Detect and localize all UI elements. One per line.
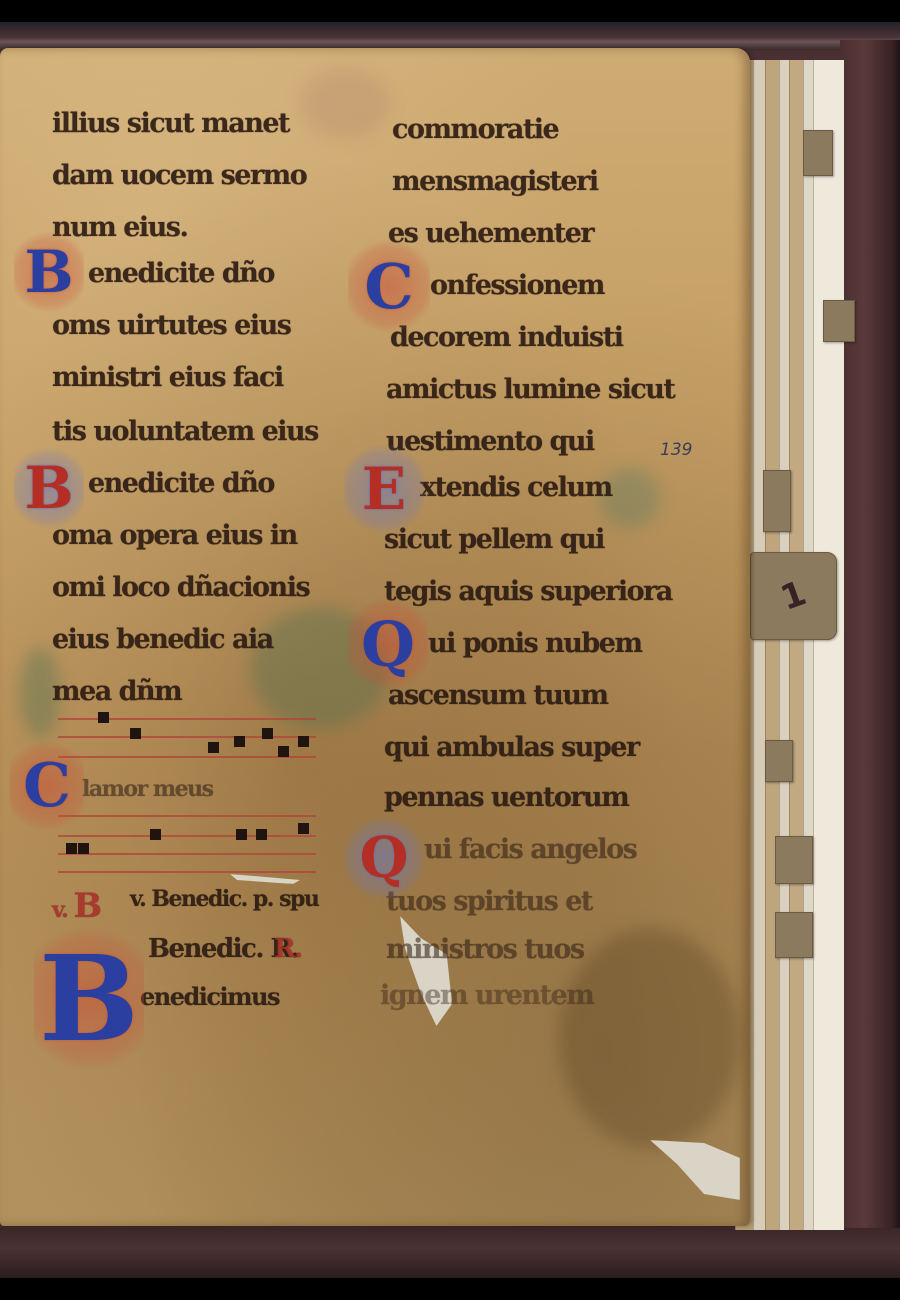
text-line: xtendis celum bbox=[420, 472, 612, 503]
initial-letter: Q bbox=[360, 825, 409, 891]
page-tab bbox=[763, 470, 791, 532]
text-line: lamor meus bbox=[82, 776, 212, 802]
text-line: oma opera eius in bbox=[52, 520, 297, 551]
binding-top-edge bbox=[0, 22, 900, 50]
text-line: ui ponis nubem bbox=[428, 628, 642, 659]
page-tab bbox=[823, 300, 855, 342]
text-line: dam uocem sermo bbox=[52, 160, 306, 191]
rubric-response: R. bbox=[274, 934, 302, 964]
parchment-page: illius sicut manet dam uocem sermo num e… bbox=[0, 48, 750, 1226]
binding-right-board bbox=[840, 40, 900, 1260]
folio-number: 139 bbox=[660, 440, 692, 460]
illuminated-initial: Q bbox=[348, 596, 428, 692]
text-line: mensmagisteri bbox=[392, 166, 598, 197]
music-staff bbox=[58, 813, 316, 873]
text-line: onfessionem bbox=[430, 270, 604, 301]
page-tab bbox=[775, 836, 813, 884]
text-line: amictus lumine sicut bbox=[386, 374, 674, 405]
page-tab bbox=[803, 130, 833, 176]
text-line: commoratie bbox=[392, 114, 558, 145]
music-staff bbox=[58, 716, 316, 766]
tab-number-mark: 1 bbox=[739, 541, 848, 651]
initial-letter: E bbox=[362, 455, 406, 523]
initial-letter: B bbox=[39, 929, 139, 1068]
text-line: illius sicut manet bbox=[52, 108, 289, 139]
illuminated-initial: C bbox=[10, 738, 84, 834]
illuminated-initial-large: B bbox=[34, 918, 144, 1078]
illuminated-initial: C bbox=[348, 238, 430, 334]
text-line: eius benedic aia bbox=[52, 624, 273, 655]
illuminated-initial: B bbox=[14, 230, 84, 314]
text-line: ministri eius faci bbox=[52, 362, 283, 393]
text-line: qui ambulas super bbox=[384, 732, 639, 763]
text-line: enedicite dño bbox=[88, 468, 274, 499]
text-line: enedicimus bbox=[140, 982, 279, 1011]
parchment-tear bbox=[650, 1140, 740, 1200]
initial-letter: C bbox=[23, 751, 71, 821]
illuminated-initial: E bbox=[344, 444, 424, 534]
text-line: tis uoluntatem eius bbox=[52, 416, 318, 447]
binding-bottom-edge bbox=[0, 1228, 900, 1278]
background-strip bbox=[0, 1278, 900, 1300]
page-edges-stack: 1 bbox=[735, 60, 845, 1230]
initial-letter: Q bbox=[361, 608, 415, 681]
page-tab bbox=[775, 912, 813, 958]
text-line: ministros tuos bbox=[386, 934, 584, 965]
initial-letter: B bbox=[24, 454, 73, 522]
page-tab-numbered: 1 bbox=[750, 552, 837, 640]
text-line: oms uirtutes eius bbox=[52, 310, 290, 341]
illuminated-initial: Q bbox=[344, 818, 424, 898]
illuminated-initial: B bbox=[14, 446, 84, 530]
initial-letter: B bbox=[24, 238, 73, 306]
text-line: enedicite dño bbox=[88, 258, 274, 289]
initial-letter: C bbox=[364, 250, 413, 323]
text-line: v. Benedic. p. spu bbox=[130, 886, 318, 912]
text-line: ui facis angelos bbox=[424, 834, 636, 865]
text-line: pennas uentorum bbox=[384, 782, 628, 813]
text-line: omi loco dñacionis bbox=[52, 572, 309, 603]
page-tab bbox=[765, 740, 793, 782]
photo-frame: 1 illius sicut manet dam uocem sermo num… bbox=[0, 0, 900, 1300]
left-text-column: illius sicut manet dam uocem sermo num e… bbox=[0, 48, 340, 1048]
text-line: mea dñm bbox=[52, 676, 181, 707]
text-line: ignem urentem bbox=[380, 980, 593, 1011]
right-text-column: commoratie mensmagisteri es uehementer o… bbox=[340, 48, 660, 1048]
